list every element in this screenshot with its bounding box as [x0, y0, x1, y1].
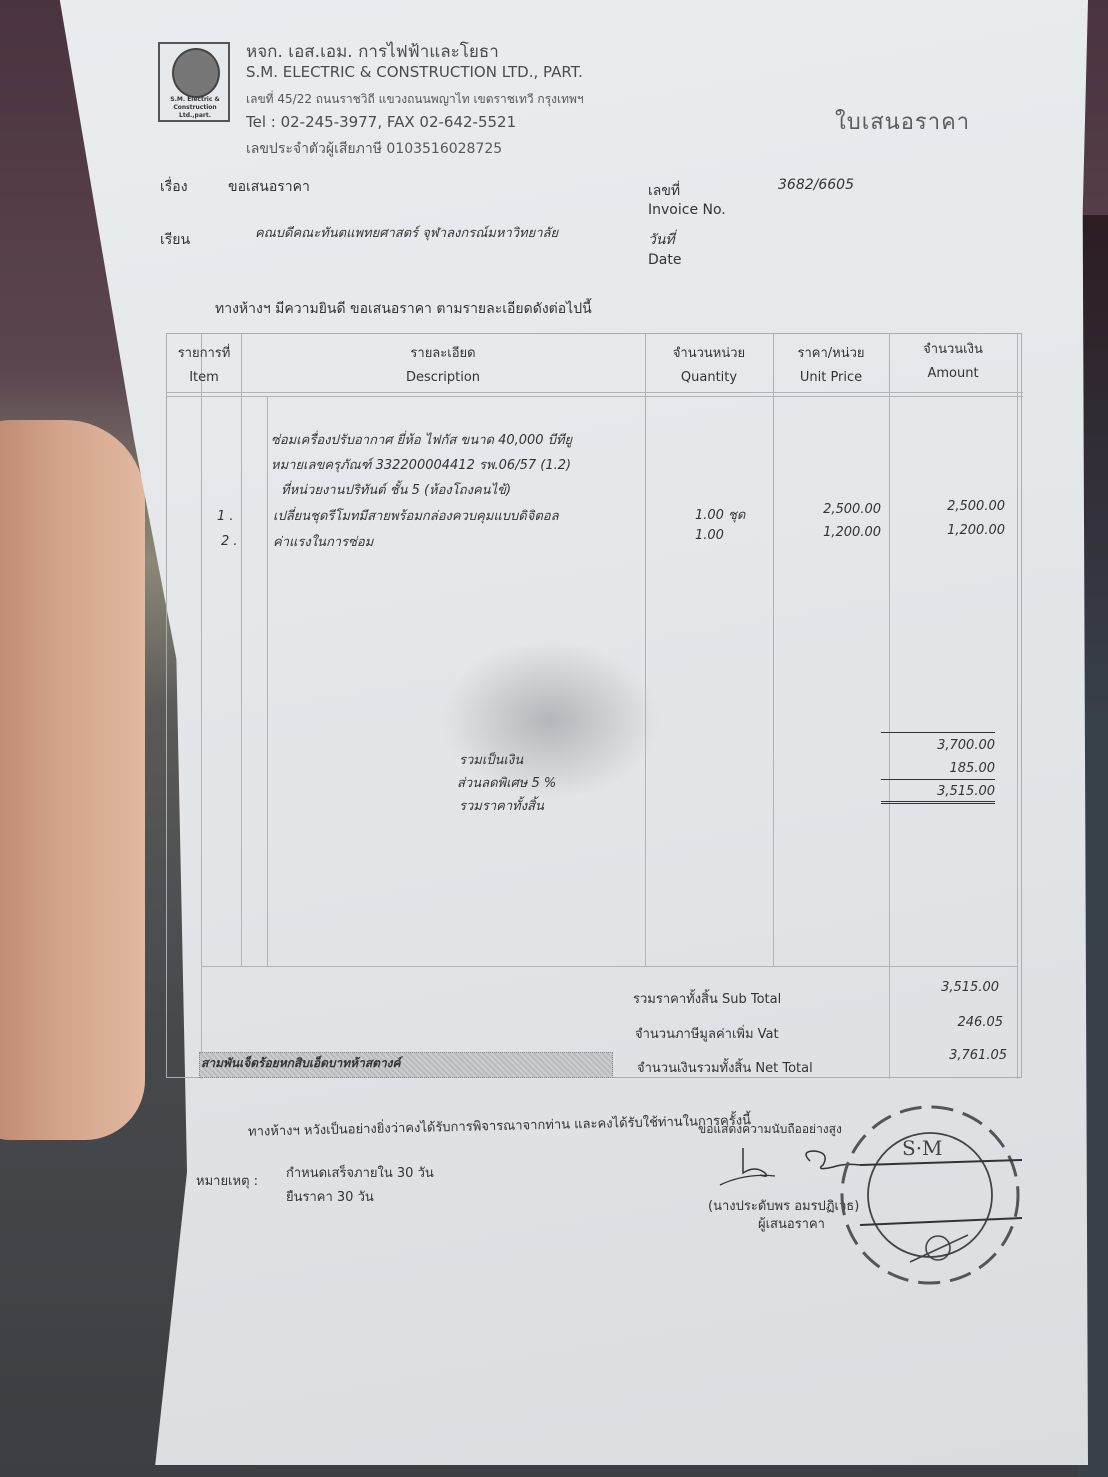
quotation-table: รายการที่Item รายละเอียดDescription จำนว…	[166, 333, 1022, 1078]
amount-in-words: สามพันเจ็ดร้อยหกสิบเอ็ดบาทห้าสตางค์	[201, 1054, 401, 1073]
divider	[241, 334, 242, 966]
row-description: เปลี่ยนชุดรีโมทมีสายพร้อมกล่องควบคุมแบบด…	[273, 504, 559, 529]
summary-value: 185.00	[879, 761, 995, 776]
summary-label: รวมเป็นเงิน	[459, 749, 523, 770]
row-unit-price: 2,500.00	[773, 502, 881, 517]
company-tax-id: เลขประจำตัวผู้เสียภาษี 0103516028725	[246, 138, 502, 160]
subtotal-label: รวมราคาทั้งสิ้น Sub Total	[633, 988, 781, 1009]
to-label: เรียน	[160, 229, 190, 251]
row-unit-price: 1,200.00	[773, 525, 881, 540]
note-line: ยืนราคา 30 วัน	[286, 1186, 374, 1207]
row-item: 1 .	[217, 509, 234, 524]
document-title: ใบเสนอราคา	[835, 104, 970, 139]
summary-label: ส่วนลดพิเศษ 5 %	[457, 772, 556, 793]
to-value: คณบดีคณะทันตแพทยศาสตร์ จุฬาลงกรณ์มหาวิทย…	[255, 222, 558, 243]
row-description: ค่าแรงในการซ่อม	[273, 530, 373, 555]
vat-value: 246.05	[889, 1015, 1003, 1030]
divider	[167, 396, 1023, 397]
header-item: รายการที่Item	[167, 342, 241, 390]
row-amount: 2,500.00	[889, 499, 1005, 514]
hand	[0, 420, 145, 1140]
header-unit-price: ราคา/หน่วยUnit Price	[773, 342, 889, 390]
summary-value: 3,515.00	[879, 784, 995, 799]
date-label-th: วันที่	[648, 229, 675, 251]
summary-value: 3,700.00	[879, 738, 995, 753]
net-total-label: จำนวนเงินรวมทั้งสิ้น Net Total	[637, 1057, 813, 1078]
row-quantity: 1.00 ชุด	[695, 504, 745, 525]
company-stamp: S·M	[840, 1090, 1030, 1300]
company-name-en: S.M. ELECTRIC & CONSTRUCTION LTD., PART.	[246, 63, 583, 81]
invoice-number: 3682/6605	[778, 177, 854, 193]
subtotal-value: 3,515.00	[889, 980, 999, 995]
subject-value: ขอเสนอราคา	[228, 176, 310, 198]
subject-label: เรื่อง	[160, 176, 188, 198]
invoice-label-en: Invoice No.	[648, 202, 726, 218]
net-total-value: 3,761.05	[889, 1048, 1007, 1063]
divider	[645, 334, 646, 966]
divider	[773, 334, 774, 966]
company-name-th: หจก. เอส.เอม. การไฟฟ้าและโยธา	[246, 38, 499, 65]
logo-text: S.M. Electric & Construction Ltd.,part.	[162, 96, 228, 120]
date-label-en: Date	[648, 252, 681, 268]
vat-label: จำนวนภาษีมูลค่าเพิ่ม Vat	[635, 1023, 779, 1044]
underline	[881, 732, 995, 733]
note-label: หมายเหตุ :	[196, 1170, 258, 1191]
summary-label: รวมราคาทั้งสิ้น	[459, 795, 544, 816]
divider	[201, 966, 1017, 967]
divider	[1017, 334, 1018, 1079]
respect-text: ขอแสดงความนับถืออย่างสูง	[698, 1120, 842, 1139]
header-amount: จำนวนเงินAmount	[889, 338, 1017, 386]
description-heading: ซ่อมเครื่องปรับอากาศ ยี่ห้อ ไฟกัส ขนาด 4…	[271, 428, 641, 503]
svg-text:S·M: S·M	[902, 1136, 943, 1160]
signer-role: ผู้เสนอราคา	[758, 1213, 825, 1234]
row-quantity: 1.00	[695, 528, 724, 543]
divider	[167, 392, 1023, 393]
company-logo: S.M. Electric & Construction Ltd.,part.	[158, 42, 230, 122]
divider	[267, 396, 268, 966]
header-description: รายละเอียดDescription	[241, 342, 645, 390]
underline	[881, 779, 995, 780]
company-address: เลขที่ 45/22 ถนนราชวิถี แขวงถนนพญาไท เขต…	[246, 90, 584, 109]
row-item: 2 .	[221, 534, 238, 549]
globe-icon	[172, 48, 220, 98]
divider	[201, 334, 202, 1079]
invoice-label-th: เลขที่	[648, 180, 680, 202]
double-underline	[881, 801, 995, 804]
note-line: กำหนดเสร็จภายใน 30 วัน	[286, 1162, 434, 1183]
company-tel-fax: Tel : 02-245-3977, FAX 02-642-5521	[246, 113, 516, 131]
row-amount: 1,200.00	[889, 523, 1005, 538]
header-quantity: จำนวนหน่วยQuantity	[645, 342, 773, 390]
divider	[889, 334, 890, 1079]
intro-text: ทางห้างฯ มีความยินดี ขอเสนอราคา ตามรายละ…	[215, 298, 592, 320]
